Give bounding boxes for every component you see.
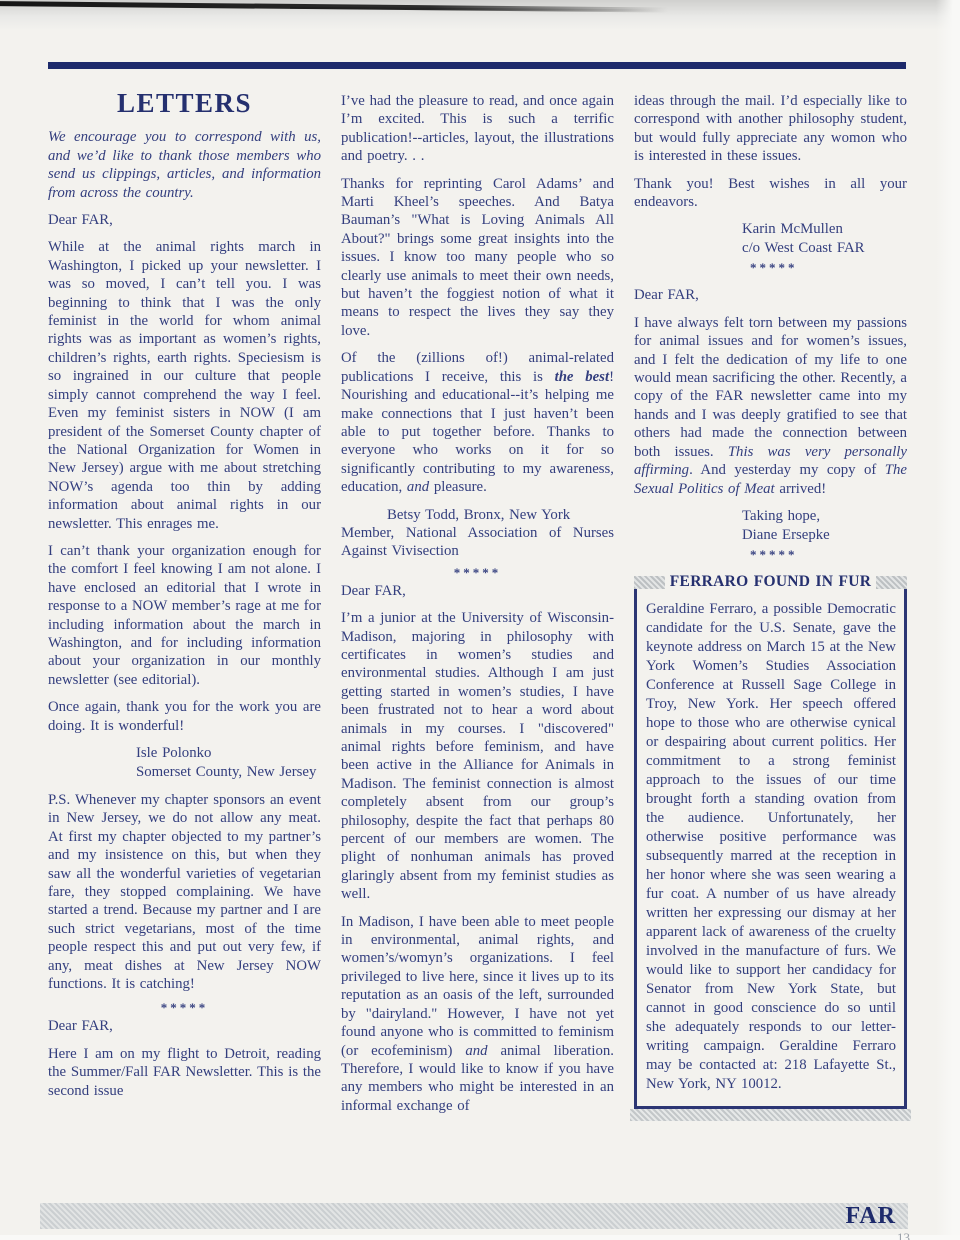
signature-name: Karin McMullen	[742, 220, 907, 239]
column-2: I’ve had the pleasure to read, and once …	[341, 92, 614, 1124]
letter-paragraph: Thank you! Best wishes in all your endea…	[634, 175, 907, 212]
letter-paragraph: I’m a junior at the University of Wiscon…	[341, 609, 614, 904]
star-divider: *****	[341, 567, 614, 579]
column-3: ideas through the mail. I’d especially l…	[634, 92, 907, 1124]
signature: Taking hope, Diane Ersepke *****	[742, 507, 907, 564]
signature-location: Somerset County, New Jersey	[136, 763, 321, 782]
ferraro-body: Geraldine Ferraro, a possible Democratic…	[646, 600, 896, 1094]
signature-affiliation: Member, National Association of Nurses A…	[341, 524, 614, 561]
letter-paragraph: Here I am on my flight to Detroit, readi…	[48, 1045, 321, 1100]
signature-name: Isle Polonko	[136, 744, 321, 763]
letters-page-columns: LETTERS We encourage you to correspond w…	[48, 92, 908, 1124]
signature-name: Diane Ersepke	[742, 526, 907, 545]
footer-bar: FAR	[40, 1203, 908, 1229]
signature-name: Betsy Todd, Bronx, New York	[341, 506, 614, 524]
letter-paragraph: In Madison, I have been able to meet peo…	[341, 913, 614, 1115]
signature-closing: Taking hope,	[742, 507, 907, 526]
star-divider: *****	[48, 1002, 321, 1014]
star-divider: *****	[742, 545, 907, 564]
page-title: LETTERS	[48, 94, 321, 112]
scan-right-edge	[936, 0, 960, 1240]
scan-bottom-edge	[0, 1235, 960, 1240]
top-rule	[48, 62, 906, 69]
salutation: Dear FAR,	[341, 582, 614, 600]
salutation: Dear FAR,	[48, 211, 321, 229]
ferraro-article: FERRARO FOUND IN FUR Geraldine Ferraro, …	[634, 573, 907, 1121]
signature: Karin McMullen c/o West Coast FAR *****	[742, 220, 907, 277]
ferraro-title: FERRARO FOUND IN FUR	[670, 573, 871, 591]
letter-paragraph: Of the (zillions of!) animal-related pub…	[341, 349, 614, 496]
salutation: Dear FAR,	[634, 286, 907, 304]
signature-affiliation: c/o West Coast FAR	[742, 239, 907, 258]
letter-paragraph: I’ve had the pleasure to read, and once …	[341, 92, 614, 166]
ferraro-title-bar: FERRARO FOUND IN FUR	[634, 573, 907, 591]
salutation: Dear FAR,	[48, 1017, 321, 1035]
ferraro-box-shadow	[630, 1109, 911, 1121]
letter-paragraph: Once again, thank you for the work you a…	[48, 698, 321, 735]
signature: Isle Polonko Somerset County, New Jersey	[136, 744, 321, 782]
signature: Betsy Todd, Bronx, New York Member, Nati…	[341, 506, 614, 561]
letter-paragraph: I have always felt torn between my passi…	[634, 314, 907, 498]
letter-paragraph: P.S. Whenever my chapter sponsors an eve…	[48, 791, 321, 993]
far-logo: FAR	[845, 1203, 908, 1230]
letter-paragraph: Thanks for reprinting Carol Adams’ and M…	[341, 175, 614, 341]
column-1: LETTERS We encourage you to correspond w…	[48, 92, 321, 1124]
letters-intro: We encourage you to correspond with us, …	[48, 128, 321, 202]
letter-paragraph: I can’t thank your organization enough f…	[48, 542, 321, 689]
letter-paragraph: While at the animal rights march in Wash…	[48, 238, 321, 533]
hatch-strip-right	[876, 576, 907, 589]
letter-paragraph: ideas through the mail. I’d especially l…	[634, 92, 907, 166]
ferraro-box: Geraldine Ferraro, a possible Democratic…	[634, 584, 907, 1109]
hatch-strip-left	[634, 576, 665, 589]
star-divider: *****	[742, 258, 907, 277]
page-number: 13	[897, 1230, 910, 1240]
